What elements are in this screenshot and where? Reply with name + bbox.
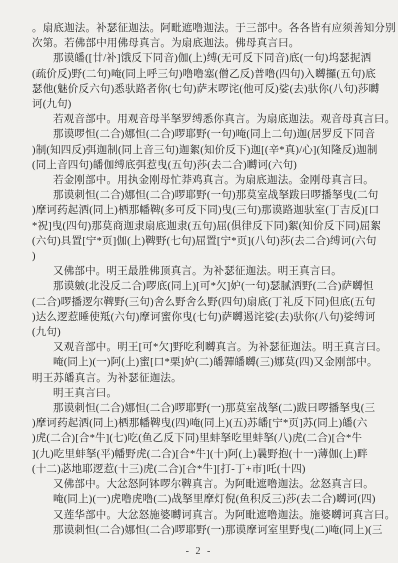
text-body: 。扇底迦法。补瑟征迦法。阿毗遮噜迦法。于三部中。各各皆有应须善知分别次第。若佛部…	[0, 0, 398, 538]
document-page: 。扇底迦法。补瑟征迦法。阿毗遮噜迦法。于三部中。各各皆有应须善知分别次第。若佛部…	[0, 0, 398, 563]
text-line: ](九)吃里蚌拏(平)幡野虎(二合)[合*牛](十)阿(上)曩野抱(十一)薄伽(…	[32, 447, 374, 462]
text-line: (二合)啰播逻尔鞞野(三句)舍么野舍么野(四句)扇底(丁礼反下同)但底(五句	[32, 295, 374, 310]
text-line: 那谟刺怛(二合)娜怛(二合)啰耶野(一句)那莫室战拏跋曰啰播拏曳(二句	[32, 188, 374, 203]
text-line: 那谟皤([廿/补]饿反下同音)伽(上)缚(无可反下同音)底(一句)坞瑟抳洒	[32, 51, 374, 66]
text-line: (十二)苾地耶逻惹(十三)虎(二合)[合*牛][打-丁+市]吒(十四)	[32, 462, 374, 477]
text-line: (同上音四句)皤伽缚底弭惹曳(五句)莎(去二合)嚩诃(六句)	[32, 158, 374, 173]
text-line: 明王真言曰。	[32, 386, 374, 401]
text-line: 明王苏皤真言。为补瑟征迦法。	[32, 371, 374, 386]
text-line: 唵(同上)(一)阿(上)蜜[口*栗]妒(二)皤嚲皤嚩(三)娜莫(四)又金刚部中。	[32, 355, 374, 370]
text-line: 那谟刺怛(二合)娜怛(二合)啰耶野(一)那谟摩诃室里野曳(二)唵(同上)(三	[32, 523, 374, 538]
text-line: 那谟啰怛(二合)娜怛(二合)啰耶野(一句)唵(同上二句)迦(居罗反下同音	[32, 127, 374, 142]
text-line: 又莲华部中。大忿怒施婆嚩诃真言。为阿毗遮噜迦法。施婆嚩诃真言曰。	[32, 508, 374, 523]
text-line: 唵(同上)(一)虎噜虎噜(二)战拏里摩灯倪(鱼积反三)莎(去二合)嚩诃(四)	[32, 492, 374, 507]
text-line: (六句)具置[宁*页]伽(上)鞞野(七句)屈置[宁*页](八句)莎(去二合)缚诃…	[32, 234, 374, 249]
text-line: 诃(九句)	[32, 97, 374, 112]
text-line: 次第。若佛部中用佛母真言。为扇底迦法。佛母真言曰。	[32, 36, 374, 51]
text-line: )摩诃药起洒(同上)栖那幡鞞曳(四)唵(同上)(五)苏皤[宁*页]苏(同上)皤(…	[32, 416, 374, 431]
text-line: *祝]曳(四句)那莫商迦隶扇底迦隶(五句)屈(俱律反下同)絮(知价反下同)屈絮	[32, 219, 374, 234]
text-line: )达么逻惹睡使羝(六句)摩诃蜜你曳(七句)萨嚩遏诧娑(去)驮你(八句)娑缚诃	[32, 310, 374, 325]
text-line: 瑟他(魅价反六句)悉驮路者你(七句)萨末啰诧(他可反)娑(去)驮你(八句)莎嚩	[32, 82, 374, 97]
text-line: (九句)	[32, 325, 374, 340]
text-line: 又佛部中。明王最胜佛顶真言。为补瑟征迦法。明王真言曰。	[32, 264, 374, 279]
text-line: )制(知四反)弭迦制(同上音三句)迦絮(知价反下)迦[(辛*真)/心](知隆反)…	[32, 143, 374, 158]
page-number: - 2 -	[0, 546, 398, 557]
text-line: 若观音部中。用观音母半拏罗缚悉你真言。为扇底迦法。观音母真言曰。	[32, 112, 374, 127]
text-line: (疏价反)野(二句)唵(同上呼三句)噜噜塞(僧乙反)普噜(四句)入嚩攞(五句)底	[32, 67, 374, 82]
text-line: 又观音部中。明王[可*欠]野吃利嚩真言。为补瑟征迦法。明王真言曰。	[32, 340, 374, 355]
text-line: )摩诃药起洒(同上)栖那幡鞞(多可反下同)曳(三句)那谟路迦驮室(丁吉反)[口	[32, 203, 374, 218]
text-line: 若金刚部中。用执金刚母忙莽鸡真言。为扇底迦法。金刚母真言曰。	[32, 173, 374, 188]
text-line: )	[32, 249, 374, 264]
text-line: 。扇底迦法。补瑟征迦法。阿毗遮噜迦法。于三部中。各各皆有应须善知分别	[32, 21, 374, 36]
text-line: )虎(二合)[合*牛](七)吃(鱼乙反下同)里蚌拏吃里蚌拏(八)虎(二合)[合*…	[32, 431, 374, 446]
text-line: 又佛部中。大忿怒阿钵啰尔鞞真言。为阿毗遮噜迦法。忿怒真言曰。	[32, 477, 374, 492]
text-line: 那谟皴(北没反二合)啰底(同上)[可*欠]妒(一句)瑟腻洒野(二合)萨嚩怛	[32, 279, 374, 294]
text-line: 那谟刺怛(二合)娜怛(二合)啰耶野(一)那莫室战拏(二)跋曰啰播拏曳(三	[32, 401, 374, 416]
